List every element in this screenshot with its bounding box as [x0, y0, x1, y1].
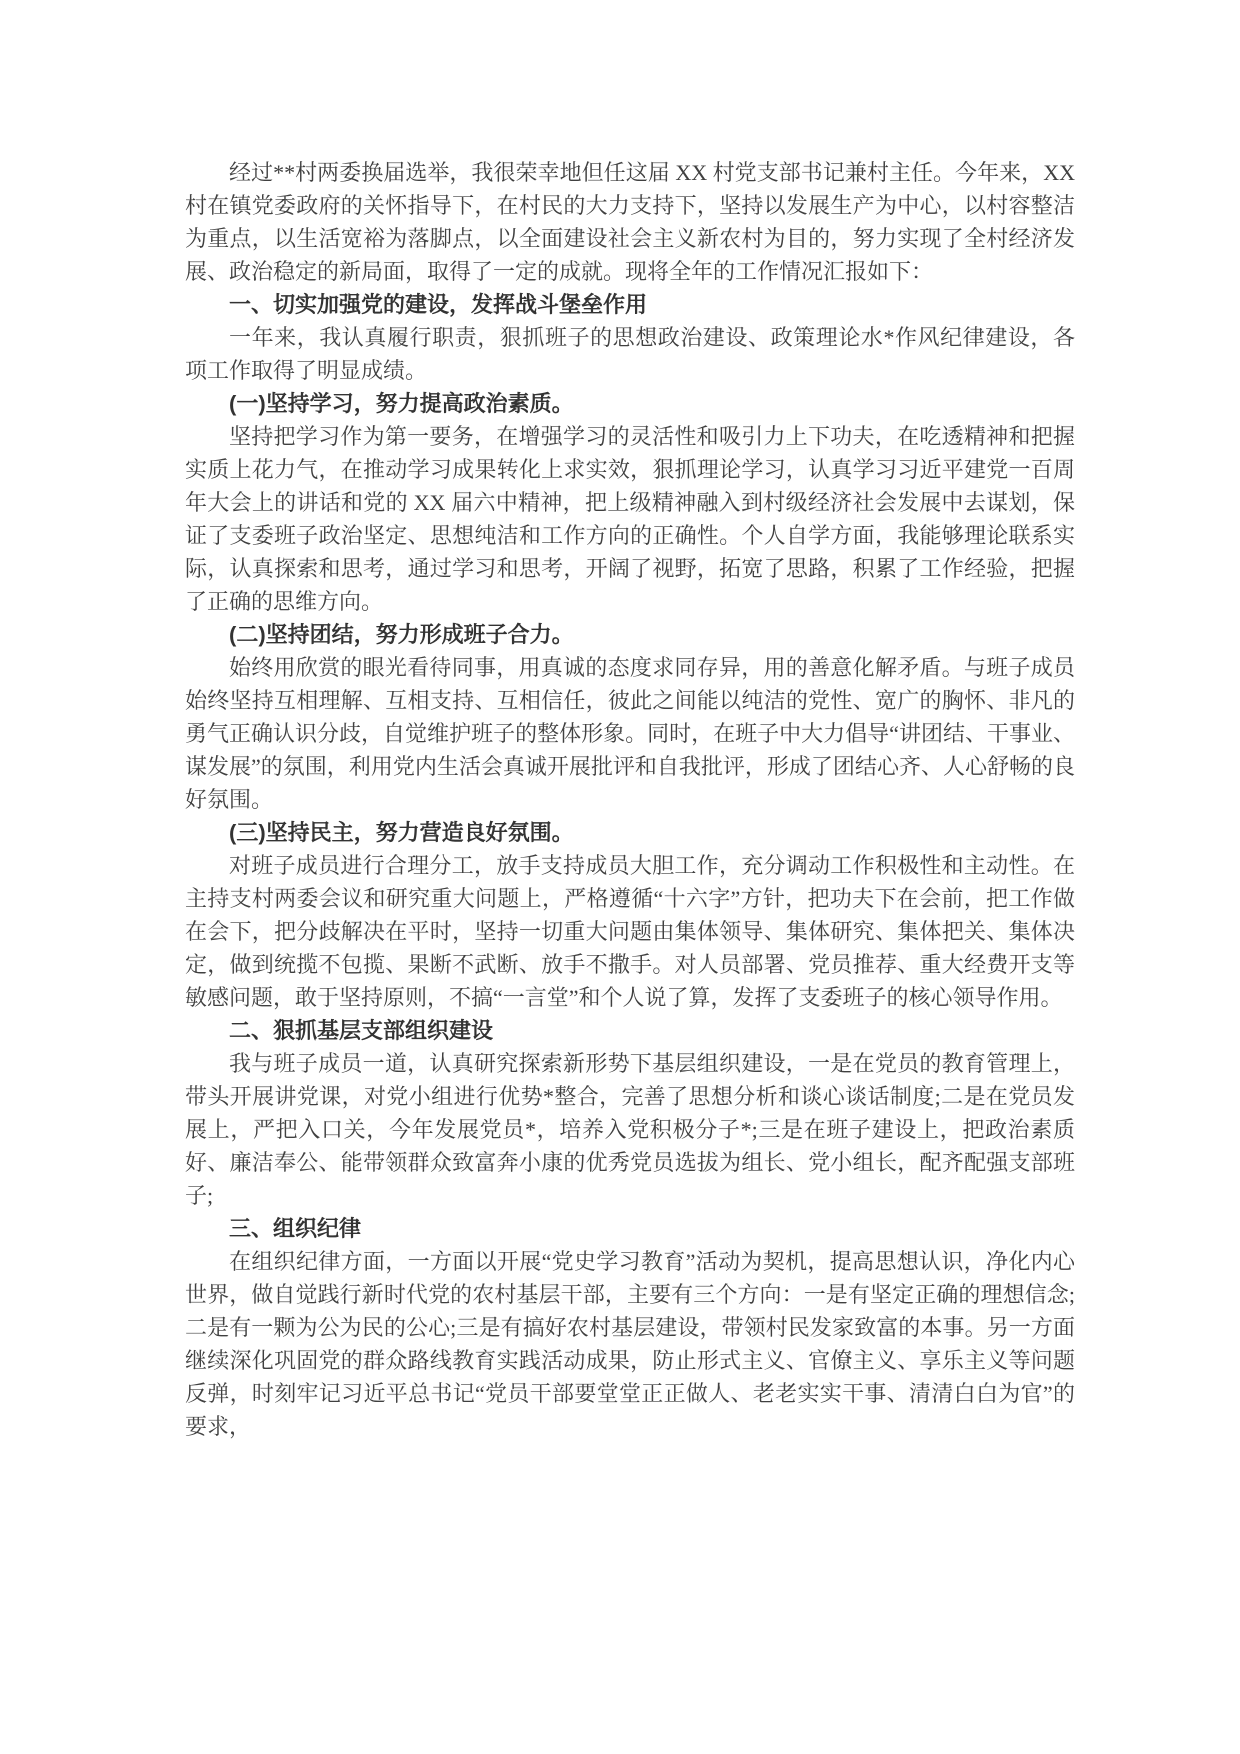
section-2-paragraph: 我与班子成员一道，认真研究探索新形势下基层组织建设，一是在党员的教育管理上，带头…	[185, 1047, 1075, 1212]
subsection-1-2-heading: (二)坚持团结，努力形成班子合力。	[185, 618, 1075, 651]
subsection-1-1-paragraph: 坚持把学习作为第一要务，在增强学习的灵活性和吸引力上下功夫，在吃透精神和把握实质…	[185, 420, 1075, 618]
section-1-intro-paragraph: 一年来，我认真履行职责，狠抓班子的思想政治建设、政策理论水*作风纪律建设，各项工…	[185, 321, 1075, 387]
section-1-heading: 一、切实加强党的建设，发挥战斗堡垒作用	[185, 288, 1075, 321]
subsection-1-2-paragraph: 始终用欣赏的眼光看待同事，用真诚的态度求同存异，用的善意化解矛盾。与班子成员始终…	[185, 651, 1075, 816]
section-3-paragraph: 在组织纪律方面，一方面以开展“党史学习教育”活动为契机，提高思想认识，净化内心世…	[185, 1245, 1075, 1443]
section-2-heading: 二、狠抓基层支部组织建设	[185, 1014, 1075, 1047]
opening-paragraph: 经过**村两委换届选举，我很荣幸地但任这届 XX 村党支部书记兼村主任。今年来，…	[185, 156, 1075, 288]
section-3-heading: 三、组织纪律	[185, 1212, 1075, 1245]
document-text-body: 经过**村两委换届选举，我很荣幸地但任这届 XX 村党支部书记兼村主任。今年来，…	[185, 156, 1075, 1443]
document-page: 经过**村两委换届选举，我很荣幸地但任这届 XX 村党支部书记兼村主任。今年来，…	[0, 0, 1240, 1754]
subsection-1-3-paragraph: 对班子成员进行合理分工，放手支持成员大胆工作，充分调动工作积极性和主动性。在主持…	[185, 849, 1075, 1014]
subsection-1-1-heading: (一)坚持学习，努力提高政治素质。	[185, 387, 1075, 420]
subsection-1-3-heading: (三)坚持民主，努力营造良好氛围。	[185, 816, 1075, 849]
